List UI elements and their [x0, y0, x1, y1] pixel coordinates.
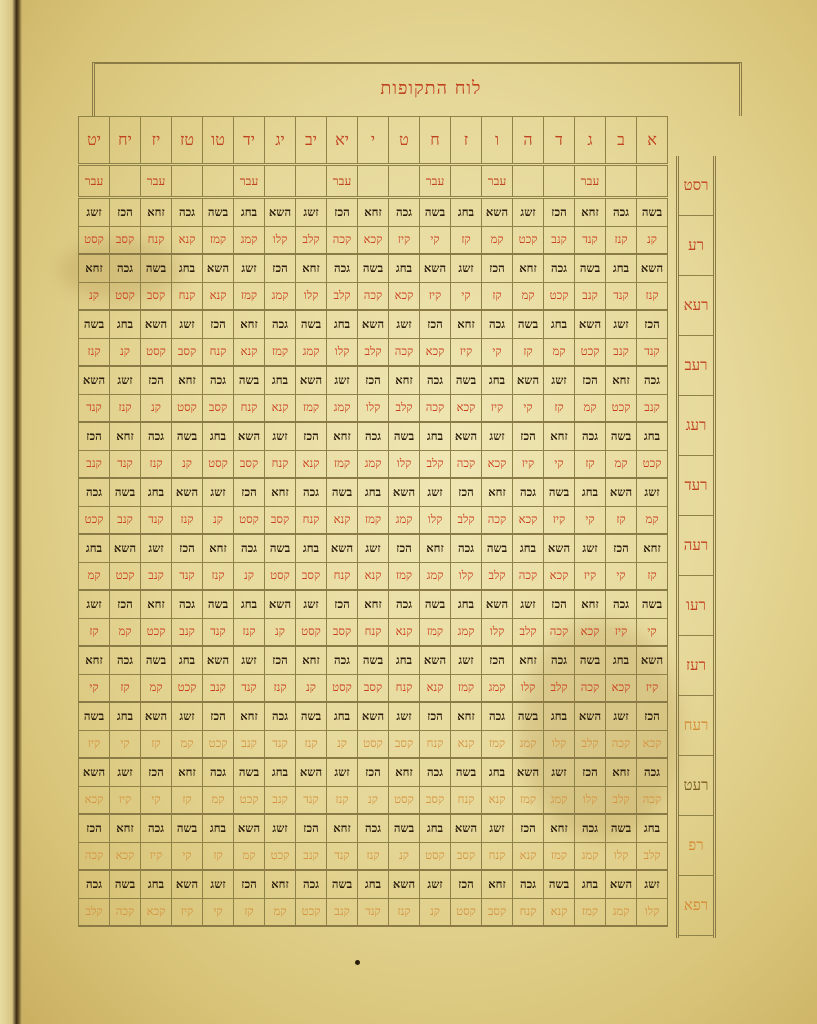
keviah-cell: הכז — [451, 870, 482, 899]
tekufah-cell: קיז — [606, 619, 637, 647]
tekufah-cell: קסט — [234, 507, 265, 535]
year-header: יב — [296, 117, 327, 165]
tekufah-cell: קנח — [296, 507, 327, 535]
keviah-row: בשהגכהזחאהכזזשגהשאבחגבשהגכהזחאהכזזשגהשאב… — [79, 198, 668, 227]
tekufah-cell: קי — [110, 731, 141, 759]
tekufah-cell: קנז — [265, 675, 296, 703]
keviah-cell: זחא — [79, 254, 110, 283]
table-title: לוח התקופות — [380, 78, 481, 99]
tekufah-cell: קנד — [141, 507, 172, 535]
keviah-cell: בשה — [327, 870, 358, 899]
keviah-cell: הכז — [451, 478, 482, 507]
tekufah-cell: קנא — [296, 451, 327, 479]
tekufah-cell: קנז — [389, 899, 420, 927]
year-header: ז — [451, 117, 482, 165]
tekufah-cell: קסט — [296, 619, 327, 647]
tekufah-cell: קי — [606, 563, 637, 591]
tekufah-cell: קמ — [544, 339, 575, 367]
keviah-cell: הכז — [296, 422, 327, 451]
keviah-cell: זשג — [420, 478, 451, 507]
tekufah-cell: קכט — [203, 731, 234, 759]
keviah-cell: בשה — [482, 534, 513, 563]
keviah-cell: השא — [544, 534, 575, 563]
tekufah-cell: קסב — [482, 899, 513, 927]
keviah-cell: זחא — [172, 758, 203, 787]
keviah-cell: בשה — [389, 422, 420, 451]
keviah-cell: השא — [110, 534, 141, 563]
leap-marker — [606, 165, 637, 198]
tekufah-cell: קנד — [172, 563, 203, 591]
tekufah-cell: קיז — [544, 507, 575, 535]
keviah-cell: גכה — [79, 870, 110, 899]
tekufah-cell: קנז — [141, 451, 172, 479]
year-header: ג — [575, 117, 606, 165]
keviah-cell: בשה — [637, 590, 668, 619]
keviah-cell: זחא — [420, 534, 451, 563]
keviah-cell: בשה — [451, 366, 482, 395]
tekufah-cell: קמ — [575, 395, 606, 423]
year-header: טו — [203, 117, 234, 165]
keviah-cell: הכז — [389, 534, 420, 563]
keviah-cell: השא — [172, 870, 203, 899]
tekufah-cell: קנא — [420, 675, 451, 703]
keviah-cell: הכז — [606, 534, 637, 563]
keviah-row: גכהזחאהכזזשגהשאבחגבשהגכהזחאהכזזשגהשאבחגב… — [79, 758, 668, 787]
keviah-cell: בשה — [172, 422, 203, 451]
keviah-cell: בשה — [544, 870, 575, 899]
tekufah-cell: קנב — [265, 787, 296, 815]
keviah-cell: בשה — [110, 478, 141, 507]
keviah-cell: גכה — [265, 310, 296, 339]
tekufah-cell: קמז — [451, 675, 482, 703]
keviah-cell: בחג — [265, 758, 296, 787]
tekufah-cell: קנא — [358, 563, 389, 591]
tekufah-cell: קנח — [234, 395, 265, 423]
tekufah-cell: קכא — [513, 507, 544, 535]
tekufah-cell: קסב — [451, 843, 482, 871]
tekufah-cell: קנ — [110, 339, 141, 367]
tekufah-cell: קכא — [389, 283, 420, 311]
keviah-cell: הכז — [513, 422, 544, 451]
keviah-cell: השא — [172, 478, 203, 507]
tekufah-cell: קנא — [172, 227, 203, 255]
keviah-row: בחגבשהגכהזחאהכזזשגהשאבחגבשהגכהזחאהכזזשגה… — [79, 422, 668, 451]
keviah-cell: בחג — [172, 254, 203, 283]
keviah-cell: גכה — [296, 870, 327, 899]
tekufah-row: קמקזקיקיזקכאקכהקלבקלוקמגקמזקנאקנחקסבקסטק… — [79, 507, 668, 535]
tekufah-cell: קנ — [234, 563, 265, 591]
tekufah-cell: קי — [513, 395, 544, 423]
leap-marker: עבר — [79, 165, 110, 198]
keviah-cell: זשג — [513, 198, 544, 227]
tekufah-cell: קנ — [141, 395, 172, 423]
keviah-cell: זשג — [482, 422, 513, 451]
keviah-cell: גכה — [141, 814, 172, 843]
keviah-cell: בשה — [172, 814, 203, 843]
tekufah-cell: קמג — [327, 395, 358, 423]
tekufah-cell: קכה — [79, 843, 110, 871]
tekufah-cell: קמ — [234, 843, 265, 871]
tekufah-cell: קלו — [296, 283, 327, 311]
tekufah-cell: קכה — [513, 563, 544, 591]
tekufah-cell: קכה — [110, 899, 141, 927]
year-header: יז — [141, 117, 172, 165]
keviah-cell: זשג — [296, 198, 327, 227]
keviah-cell: בחג — [451, 198, 482, 227]
year-header: יא — [327, 117, 358, 165]
tekufah-cell: קנא — [203, 283, 234, 311]
tekufah-row: קלוקמגקמזקנאקנחקסבקסטקנקנזקנדקנבקכטקמקזק… — [79, 899, 668, 927]
tekufah-cell: קסב — [327, 619, 358, 647]
keviah-cell: בשה — [265, 534, 296, 563]
tekufah-cell: קז — [606, 507, 637, 535]
keviah-cell: בשה — [606, 422, 637, 451]
tekufah-cell: קנד — [234, 675, 265, 703]
keviah-cell: השא — [79, 758, 110, 787]
leap-marker — [203, 165, 234, 198]
keviah-row: גכהזחאהכזזשגהשאבחגבשהגכהזחאהכזזשגהשאבחגב… — [79, 366, 668, 395]
tekufah-cell: קנ — [203, 507, 234, 535]
year-header: א — [637, 117, 668, 165]
keviah-row: בשהגכהזחאהכזזשגהשאבחגבשהגכהזחאהכזזשגהשאב… — [79, 590, 668, 619]
keviah-cell: זחא — [606, 758, 637, 787]
tekufah-cell: קכא — [358, 227, 389, 255]
tekufah-cell: קסב — [234, 451, 265, 479]
keviah-cell: הכז — [420, 310, 451, 339]
keviah-cell: בחג — [451, 590, 482, 619]
tekufah-cell: קלב — [451, 507, 482, 535]
year-header-row: אבגדהוזחטייאיביגידטוטזיזיחיט — [79, 117, 668, 165]
tekufah-cell: קי — [451, 283, 482, 311]
tekufah-cell: קנב — [637, 395, 668, 423]
keviah-cell: בחג — [110, 702, 141, 731]
tekufah-cell: קנח — [513, 899, 544, 927]
tekufah-cell: קיז — [110, 787, 141, 815]
tekufah-cell: קנח — [389, 675, 420, 703]
keviah-cell: השא — [296, 366, 327, 395]
keviah-cell: גכה — [327, 646, 358, 675]
keviah-cell: זשג — [358, 534, 389, 563]
tekufah-cell: קמ — [79, 563, 110, 591]
keviah-cell: זחא — [482, 478, 513, 507]
tekufah-cell: קנז — [296, 731, 327, 759]
tekufot-table: אבגדהוזחטייאיביגידטוטזיזיחיטעברעברעברעבר… — [78, 116, 668, 927]
tekufah-cell: קנ — [358, 787, 389, 815]
keviah-cell: זשג — [234, 646, 265, 675]
leap-marker: עבר — [420, 165, 451, 198]
keviah-cell: בשה — [327, 478, 358, 507]
tekufah-cell: קכא — [79, 787, 110, 815]
keviah-cell: בחג — [606, 254, 637, 283]
tekufah-cell: קמג — [420, 563, 451, 591]
year-header: ב — [606, 117, 637, 165]
tekufah-cell: קנח — [203, 339, 234, 367]
tekufah-cell: קנא — [234, 339, 265, 367]
keviah-cell: זשג — [389, 310, 420, 339]
tekufah-cell: קלו — [606, 843, 637, 871]
keviah-cell: זחא — [544, 422, 575, 451]
keviah-cell: זשג — [265, 422, 296, 451]
keviah-cell: גכה — [141, 422, 172, 451]
keviah-cell: זחא — [234, 310, 265, 339]
tekufah-cell: קכט — [296, 899, 327, 927]
tekufah-cell: קנח — [451, 787, 482, 815]
keviah-cell: השא — [358, 702, 389, 731]
tekufah-cell: קלב — [637, 843, 668, 871]
keviah-cell: הכז — [79, 814, 110, 843]
tekufah-cell: קכה — [327, 227, 358, 255]
keviah-cell: השא — [296, 758, 327, 787]
keviah-cell: גכה — [575, 422, 606, 451]
keviah-cell: בחג — [358, 870, 389, 899]
tekufah-cell: קכט — [544, 283, 575, 311]
year-header: יד — [234, 117, 265, 165]
keviah-cell: זחא — [141, 198, 172, 227]
tekufah-cell: קז — [637, 563, 668, 591]
tekufah-cell: קמז — [234, 283, 265, 311]
tekufah-cell: קנב — [606, 339, 637, 367]
year-header: יח — [110, 117, 141, 165]
keviah-cell: זחא — [265, 478, 296, 507]
keviah-cell: זשג — [172, 310, 203, 339]
leap-marker: עבר — [234, 165, 265, 198]
keviah-cell: השא — [513, 366, 544, 395]
tekufah-cell: קסט — [265, 563, 296, 591]
leap-marker — [637, 165, 668, 198]
keviah-cell: בשה — [141, 254, 172, 283]
tekufah-cell: קכא — [544, 563, 575, 591]
keviah-cell: בשה — [575, 646, 606, 675]
tekufah-cell: קנד — [79, 395, 110, 423]
tekufah-cell: קמז — [513, 787, 544, 815]
keviah-cell: הכז — [482, 646, 513, 675]
keviah-cell: זחא — [575, 590, 606, 619]
keviah-cell: בשה — [606, 814, 637, 843]
tekufah-cell: קנד — [296, 787, 327, 815]
keviah-cell: הכז — [203, 702, 234, 731]
tekufah-cell: קנח — [141, 227, 172, 255]
ink-blot — [355, 960, 360, 965]
tekufah-cell: קלב — [389, 395, 420, 423]
keviah-cell: גכה — [482, 702, 513, 731]
keviah-cell: השא — [637, 254, 668, 283]
keviah-cell: בשה — [234, 366, 265, 395]
tekufah-cell: קנב — [234, 731, 265, 759]
keviah-cell: בשה — [296, 310, 327, 339]
tekufah-cell: קז — [110, 675, 141, 703]
keviah-cell: בחג — [482, 366, 513, 395]
keviah-cell: זשג — [327, 758, 358, 787]
keviah-cell: הכז — [203, 310, 234, 339]
tekufah-cell: קיז — [420, 283, 451, 311]
tekufah-cell: קי — [141, 787, 172, 815]
tekufah-cell: קז — [172, 787, 203, 815]
keviah-cell: השא — [451, 422, 482, 451]
tekufah-cell: קלו — [358, 395, 389, 423]
keviah-cell: זחא — [203, 534, 234, 563]
tekufah-cell: קסט — [327, 675, 358, 703]
tekufah-cell: קנז — [234, 619, 265, 647]
tekufah-cell: קכה — [358, 283, 389, 311]
keviah-cell: הכז — [110, 198, 141, 227]
tekufah-cell: קכה — [575, 675, 606, 703]
keviah-cell: הכז — [79, 422, 110, 451]
tekufah-cell: קמז — [296, 395, 327, 423]
keviah-cell: השא — [606, 870, 637, 899]
keviah-cell: זשג — [575, 534, 606, 563]
tekufah-cell: קי — [79, 675, 110, 703]
tekufah-cell: קמג — [358, 451, 389, 479]
tekufah-cell: קנד — [575, 227, 606, 255]
keviah-cell: בשה — [203, 590, 234, 619]
keviah-cell: זחא — [327, 814, 358, 843]
tekufah-cell: קנ — [265, 619, 296, 647]
keviah-cell: בחג — [544, 702, 575, 731]
tekufah-cell: קז — [141, 731, 172, 759]
keviah-cell: בחג — [141, 478, 172, 507]
keviah-cell: זשג — [513, 590, 544, 619]
keviah-cell: גכה — [513, 478, 544, 507]
keviah-cell: השא — [203, 254, 234, 283]
tekufah-cell: קמג — [606, 899, 637, 927]
tekufah-cell: קז — [79, 619, 110, 647]
keviah-cell: הכז — [575, 758, 606, 787]
keviah-cell: הכז — [513, 814, 544, 843]
tekufah-cell: קי — [575, 507, 606, 535]
keviah-cell: הכז — [358, 366, 389, 395]
keviah-cell: זחא — [234, 702, 265, 731]
keviah-cell: זחא — [389, 366, 420, 395]
keviah-cell: בחג — [203, 422, 234, 451]
tekufah-cell: קכט — [141, 619, 172, 647]
keviah-cell: בשה — [79, 310, 110, 339]
tekufah-cell: קסט — [141, 339, 172, 367]
tekufah-cell: קנא — [544, 899, 575, 927]
keviah-cell: זשג — [296, 590, 327, 619]
tekufah-row: קכאקכהקלבקלוקמגקמזקנאקנחקסבקסטקנקנזקנדקנ… — [79, 731, 668, 759]
keviah-cell: בחג — [203, 814, 234, 843]
tekufah-cell: קכט — [234, 787, 265, 815]
keviah-cell: השא — [265, 590, 296, 619]
keviah-cell: זשג — [420, 870, 451, 899]
keviah-cell: בשה — [513, 702, 544, 731]
tekufah-cell: קלב — [296, 227, 327, 255]
keviah-cell: בשה — [358, 254, 389, 283]
year-header: י — [358, 117, 389, 165]
keviah-cell: הכז — [327, 198, 358, 227]
tekufah-cell: קלו — [389, 451, 420, 479]
tekufah-cell: קנח — [265, 451, 296, 479]
tekufah-cell: קז — [482, 283, 513, 311]
cycle-label: רעט — [679, 756, 713, 816]
keviah-cell: השא — [575, 702, 606, 731]
tekufah-cell: קכט — [513, 227, 544, 255]
tekufah-cell: קיז — [389, 227, 420, 255]
tekufah-cell: קסב — [358, 675, 389, 703]
tekufah-cell: קכה — [389, 339, 420, 367]
keviah-cell: הכז — [265, 254, 296, 283]
cycle-label: רעח — [679, 696, 713, 756]
keviah-cell: זשג — [637, 870, 668, 899]
tekufah-cell: קסט — [172, 395, 203, 423]
keviah-cell: זשג — [544, 758, 575, 787]
tekufah-cell: קלב — [606, 787, 637, 815]
tekufah-cell: קסב — [389, 731, 420, 759]
keviah-cell: גכה — [203, 758, 234, 787]
keviah-cell: הכז — [141, 366, 172, 395]
keviah-cell: גכה — [544, 254, 575, 283]
tekufah-cell: קלו — [420, 507, 451, 535]
keviah-cell: זחא — [79, 646, 110, 675]
keviah-cell: בשה — [420, 198, 451, 227]
keviah-row: הכזזשגהשאבחגבשהגכהזחאהכזזשגהשאבחגבשהגכהז… — [79, 702, 668, 731]
tekufah-cell: קיז — [451, 339, 482, 367]
keviah-cell: זשג — [203, 478, 234, 507]
keviah-cell: בחג — [141, 870, 172, 899]
tekufah-row: קכהקלבקלוקמגקמזקנאקנחקסבקסטקנקנזקנדקנבקכ… — [79, 787, 668, 815]
keviah-cell: הכז — [544, 198, 575, 227]
tekufah-cell: קכט — [265, 843, 296, 871]
leap-marker — [358, 165, 389, 198]
keviah-cell: גכה — [420, 758, 451, 787]
cycle-label: רע — [679, 216, 713, 276]
tekufah-cell: קנז — [358, 843, 389, 871]
tekufah-cell: קלב — [544, 675, 575, 703]
keviah-cell: זשג — [172, 702, 203, 731]
tekufah-cell: קנז — [606, 227, 637, 255]
tekufah-cell: קנב — [544, 227, 575, 255]
keviah-cell: גכה — [358, 814, 389, 843]
keviah-cell: גכה — [575, 814, 606, 843]
keviah-cell: זשג — [544, 366, 575, 395]
tekufah-cell: קז — [203, 843, 234, 871]
tekufah-cell: קמ — [606, 451, 637, 479]
tekufah-cell: קמ — [203, 787, 234, 815]
tekufah-cell: קמג — [265, 283, 296, 311]
keviah-cell: בשה — [420, 590, 451, 619]
tekufah-cell: קמז — [327, 451, 358, 479]
tekufah-cell: קמ — [110, 619, 141, 647]
keviah-cell: בחג — [110, 310, 141, 339]
keviah-cell: בשה — [637, 198, 668, 227]
keviah-cell: בחג — [513, 534, 544, 563]
tekufah-cell: קכה — [544, 619, 575, 647]
tekufah-cell: קי — [420, 227, 451, 255]
cycle-label: רעה — [679, 516, 713, 576]
tekufah-cell: קכט — [606, 395, 637, 423]
leap-marker — [513, 165, 544, 198]
binding-edge — [0, 0, 22, 1024]
keviah-cell: הכז — [637, 702, 668, 731]
keviah-cell: זשג — [110, 758, 141, 787]
leap-year-row: עברעברעברעברעברעברעבר — [79, 165, 668, 198]
tekufah-cell: קלב — [575, 731, 606, 759]
cycle-label: רסט — [679, 156, 713, 216]
keviah-cell: זשג — [451, 646, 482, 675]
keviah-cell: השא — [234, 814, 265, 843]
tekufah-cell: קלו — [327, 339, 358, 367]
tekufah-cell: קלו — [482, 619, 513, 647]
keviah-cell: הכז — [265, 646, 296, 675]
keviah-cell: זחא — [451, 702, 482, 731]
keviah-cell: בשה — [203, 198, 234, 227]
keviah-cell: זחא — [141, 590, 172, 619]
tekufah-cell: קנד — [637, 339, 668, 367]
keviah-cell: בחג — [172, 646, 203, 675]
keviah-cell: זשג — [482, 814, 513, 843]
cycle-label: רעג — [679, 396, 713, 456]
keviah-cell: השא — [451, 814, 482, 843]
